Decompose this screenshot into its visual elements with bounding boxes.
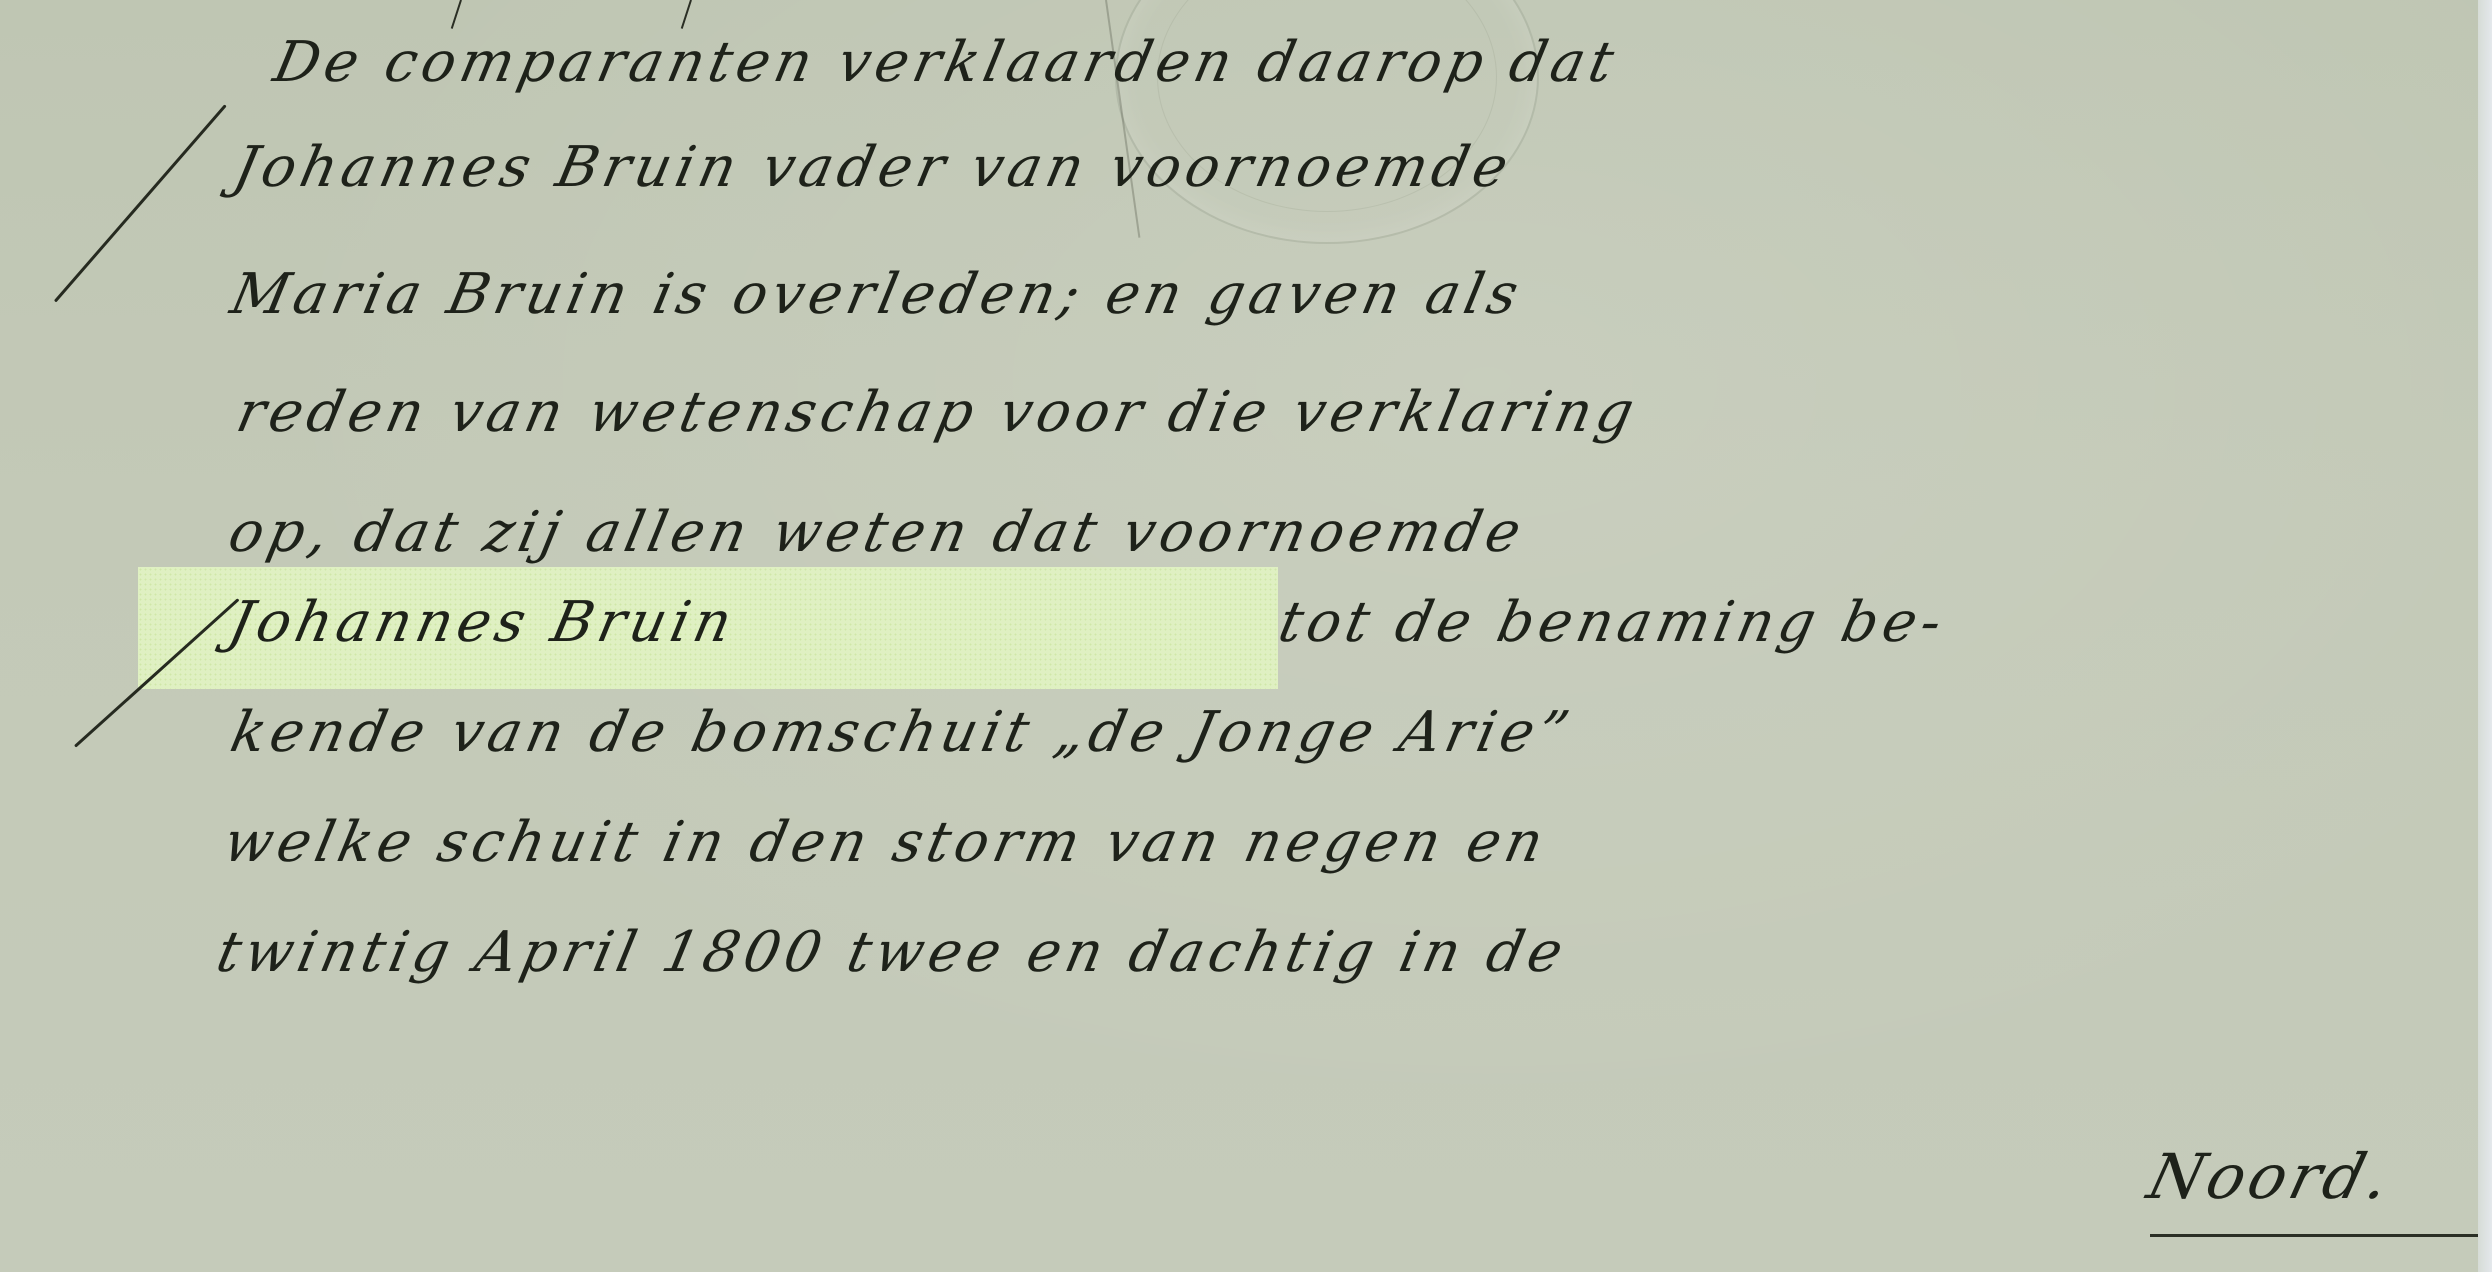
document-line-3: Maria Bruin is overleden; en gaven als <box>225 262 1529 327</box>
page-edge <box>2478 0 2492 1272</box>
descender-stroke <box>451 0 462 29</box>
highlighted-name: Johannes Bruin <box>223 590 742 655</box>
document-line-9: twintig April 1800 twee en dachtig in de <box>211 920 1573 985</box>
document-page: De comparanten verklaarden daarop dat Jo… <box>0 0 2478 1272</box>
document-line-8: welke schuit in den storm van negen en <box>218 810 1554 875</box>
signature: Noord. <box>2141 1140 2401 1213</box>
document-line-7: kende van de bomschuit „de Jonge Arie” <box>225 700 1579 765</box>
document-line-6: tot de benaming be- <box>1273 590 1952 655</box>
document-line-5: op, dat zij allen weten dat voornoemde <box>223 500 1531 565</box>
document-line-2: Johannes Bruin vader van voornoemde <box>228 135 1518 200</box>
signature-underline <box>2150 1234 2492 1237</box>
capital-j-flourish <box>54 104 227 302</box>
descender-stroke <box>681 0 692 29</box>
document-line-4: reden van wetenschap voor die verklaring <box>231 380 1644 445</box>
document-line-1: De comparanten verklaarden daarop dat <box>268 30 1624 95</box>
